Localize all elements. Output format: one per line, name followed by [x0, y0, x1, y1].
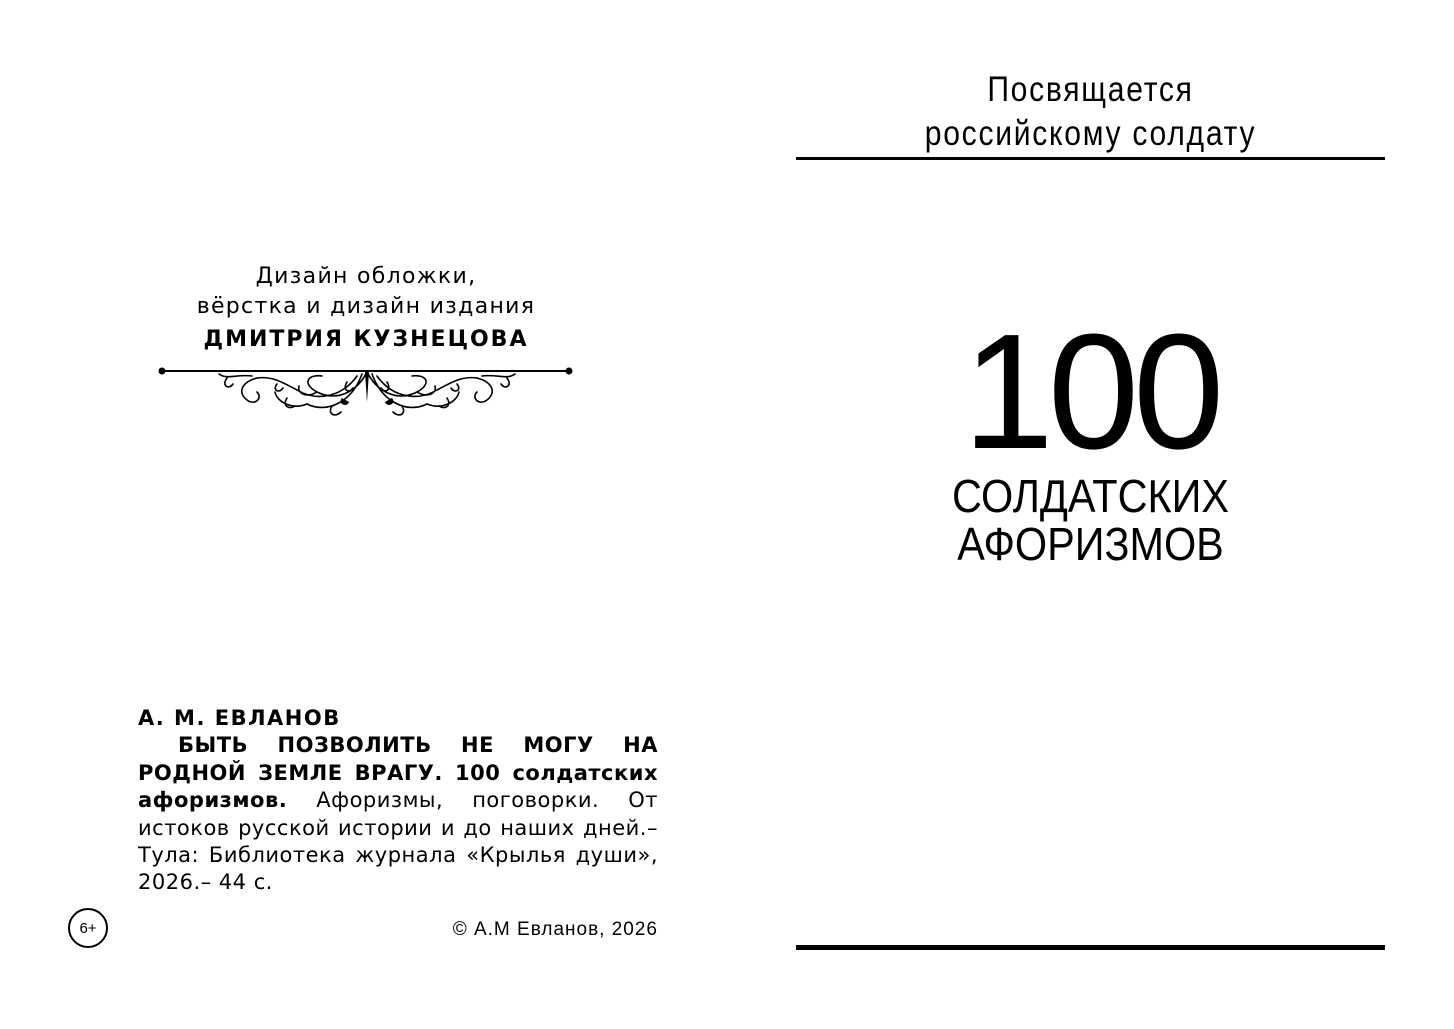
title-line-1: СОЛДАТСКИХ	[825, 472, 1355, 520]
right-page: Посвящается российскому солдату 100 СОЛД…	[727, 0, 1454, 1029]
age-rating-text: 6+	[79, 920, 96, 937]
record-description: БЫТЬ ПОЗВОЛИТЬ НЕ МОГУ НА РОДНОЙ ЗЕМЛЕ В…	[138, 732, 658, 896]
title-line-2: АФОРИЗМОВ	[825, 520, 1355, 568]
dedication-line-2: российскому солдату	[837, 112, 1344, 156]
bibliographic-record: А. М. ЕВЛАНОВ БЫТЬ ПОЗВОЛИТЬ НЕ МОГУ НА …	[138, 705, 658, 897]
dedication: Посвящается российскому солдату	[837, 68, 1344, 156]
designer-name: ДМИТРИЯ КУЗНЕЦОВА	[160, 324, 572, 356]
left-page: Дизайн обложки, вёрстка и дизайн издания…	[0, 0, 727, 1029]
top-rule	[796, 157, 1385, 160]
bottom-rule	[796, 945, 1385, 950]
floral-divider-icon	[157, 362, 577, 422]
credits-line-2: вёрстка и дизайн издания	[160, 292, 572, 322]
age-rating-badge: 6+	[68, 908, 108, 948]
book-title: СОЛДАТСКИХ АФОРИЗМОВ	[825, 472, 1355, 568]
credits-line-1: Дизайн обложки,	[160, 262, 572, 292]
copyright-notice: © А.М Евланов, 2026	[453, 919, 658, 941]
dedication-line-1: Посвящается	[837, 68, 1344, 112]
title-number: 100	[796, 312, 1385, 472]
record-author: А. М. ЕВЛАНОВ	[138, 705, 658, 732]
design-credits: Дизайн обложки, вёрстка и дизайн издания…	[160, 262, 572, 356]
